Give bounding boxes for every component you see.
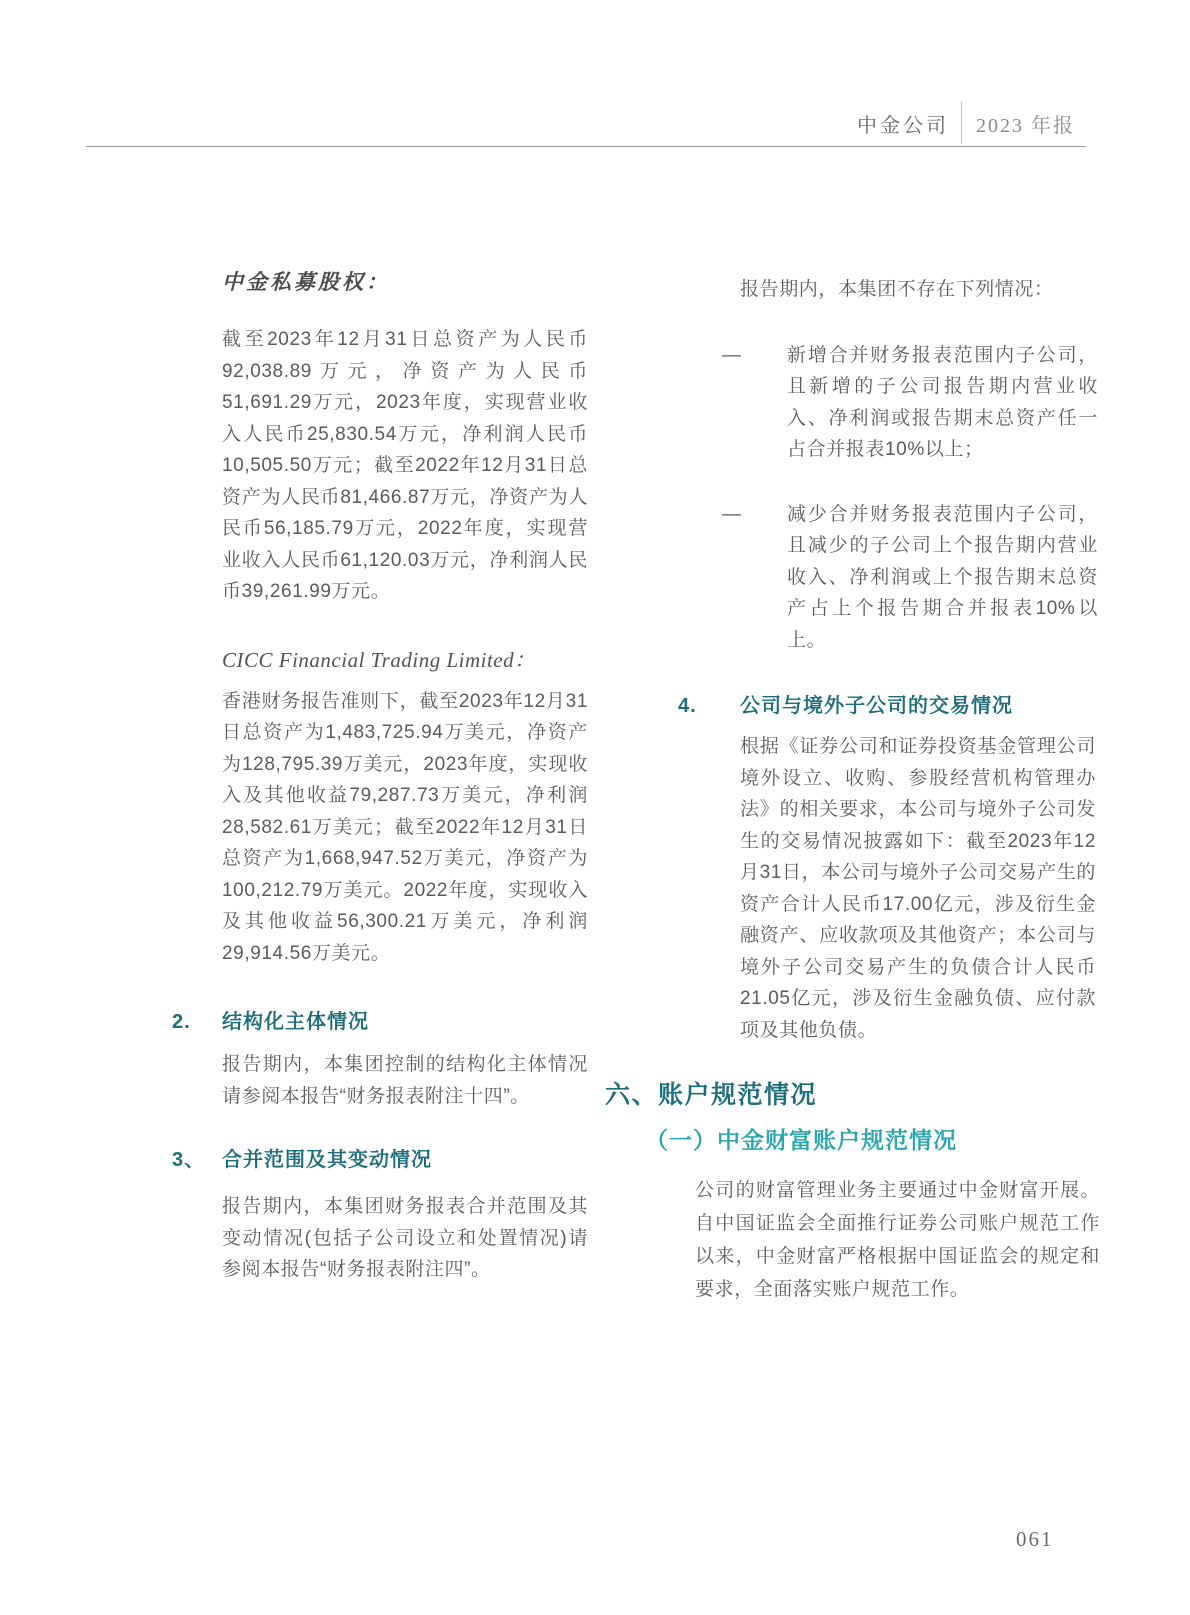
- section-2-heading: 2. 结构化主体情况: [172, 1007, 588, 1037]
- section-3-body: 报告期内，本集团财务报表合并范围及其变动情况(包括子公司设立和处置情况)请参阅本…: [222, 1191, 588, 1286]
- paragraph-private-equity: 截至2023年12月31日总资产为人民币92,038.89万元，净资产为人民币5…: [222, 324, 588, 608]
- left-column: 中金私募股权： 截至2023年12月31日总资产为人民币92,038.89万元，…: [172, 260, 588, 1286]
- page-header: 中金公司 2023 年报: [857, 102, 1075, 144]
- list-item: — 新增合并财务报表范围内子公司，且新增的子公司报告期内营业收入、净利润或报告期…: [678, 340, 1098, 466]
- dash-marker: —: [722, 499, 787, 657]
- section-4-body: 根据《证券公司和证券投资基金管理公司境外设立、收购、参股经营机构管理办法》的相关…: [740, 731, 1096, 1046]
- list-item-text: 新增合并财务报表范围内子公司，且新增的子公司报告期内营业收入、净利润或报告期末总…: [787, 340, 1098, 466]
- section-six-body: 公司的财富管理业务主要通过中金财富开展。自中国证监会全面推行证券公司账户规范工作…: [695, 1174, 1100, 1306]
- header-divider: [961, 102, 962, 144]
- section-2-number: 2.: [172, 1007, 222, 1037]
- heading-cicc-financial-trading: CICC Financial Trading Limited：: [222, 644, 588, 674]
- section-3-heading: 3、 合并范围及其变动情况: [172, 1145, 588, 1175]
- section-3-title: 合并范围及其变动情况: [222, 1145, 432, 1175]
- header-rule: [86, 146, 1086, 147]
- section-2-body: 报告期内，本集团控制的结构化主体情况请参阅本报告“财务报表附注十四”。: [222, 1049, 588, 1112]
- section-six-subtitle: （一）中金财富账户规范情况: [645, 1124, 1100, 1156]
- section-3-number: 3、: [172, 1145, 222, 1175]
- section-six: 六、账户规范情况 （一）中金财富账户规范情况 公司的财富管理业务主要通过中金财富…: [605, 1078, 1100, 1306]
- page-number: 061: [1016, 1527, 1054, 1552]
- intro-paragraph: 报告期内，本集团不存在下列情况：: [740, 274, 1096, 306]
- report-page: 中金公司 2023 年报 中金私募股权： 截至2023年12月31日总资产为人民…: [0, 0, 1190, 1615]
- section-six-title: 六、账户规范情况: [605, 1078, 1100, 1112]
- report-edition: 2023 年报: [976, 109, 1075, 138]
- list-item: — 减少合并财务报表范围内子公司，且减少的子公司上个报告期内营业收入、净利润或上…: [678, 499, 1098, 657]
- paragraph-cicc-financial-trading: 香港财务报告准则下，截至2023年12月31日总资产为1,483,725.94万…: [222, 686, 588, 970]
- section-4-heading: 4. 公司与境外子公司的交易情况: [678, 691, 1098, 721]
- section-4-number: 4.: [678, 691, 740, 721]
- dash-marker: —: [722, 340, 787, 466]
- section-4-title: 公司与境外子公司的交易情况: [740, 691, 1013, 721]
- section-2-title: 结构化主体情况: [222, 1007, 369, 1037]
- right-column: 报告期内，本集团不存在下列情况： — 新增合并财务报表范围内子公司，且新增的子公…: [678, 268, 1098, 1046]
- heading-cicc-private-equity: 中金私募股权：: [222, 266, 588, 296]
- list-item-text: 减少合并财务报表范围内子公司，且减少的子公司上个报告期内营业收入、净利润或上个报…: [787, 499, 1098, 657]
- company-name: 中金公司: [857, 109, 949, 138]
